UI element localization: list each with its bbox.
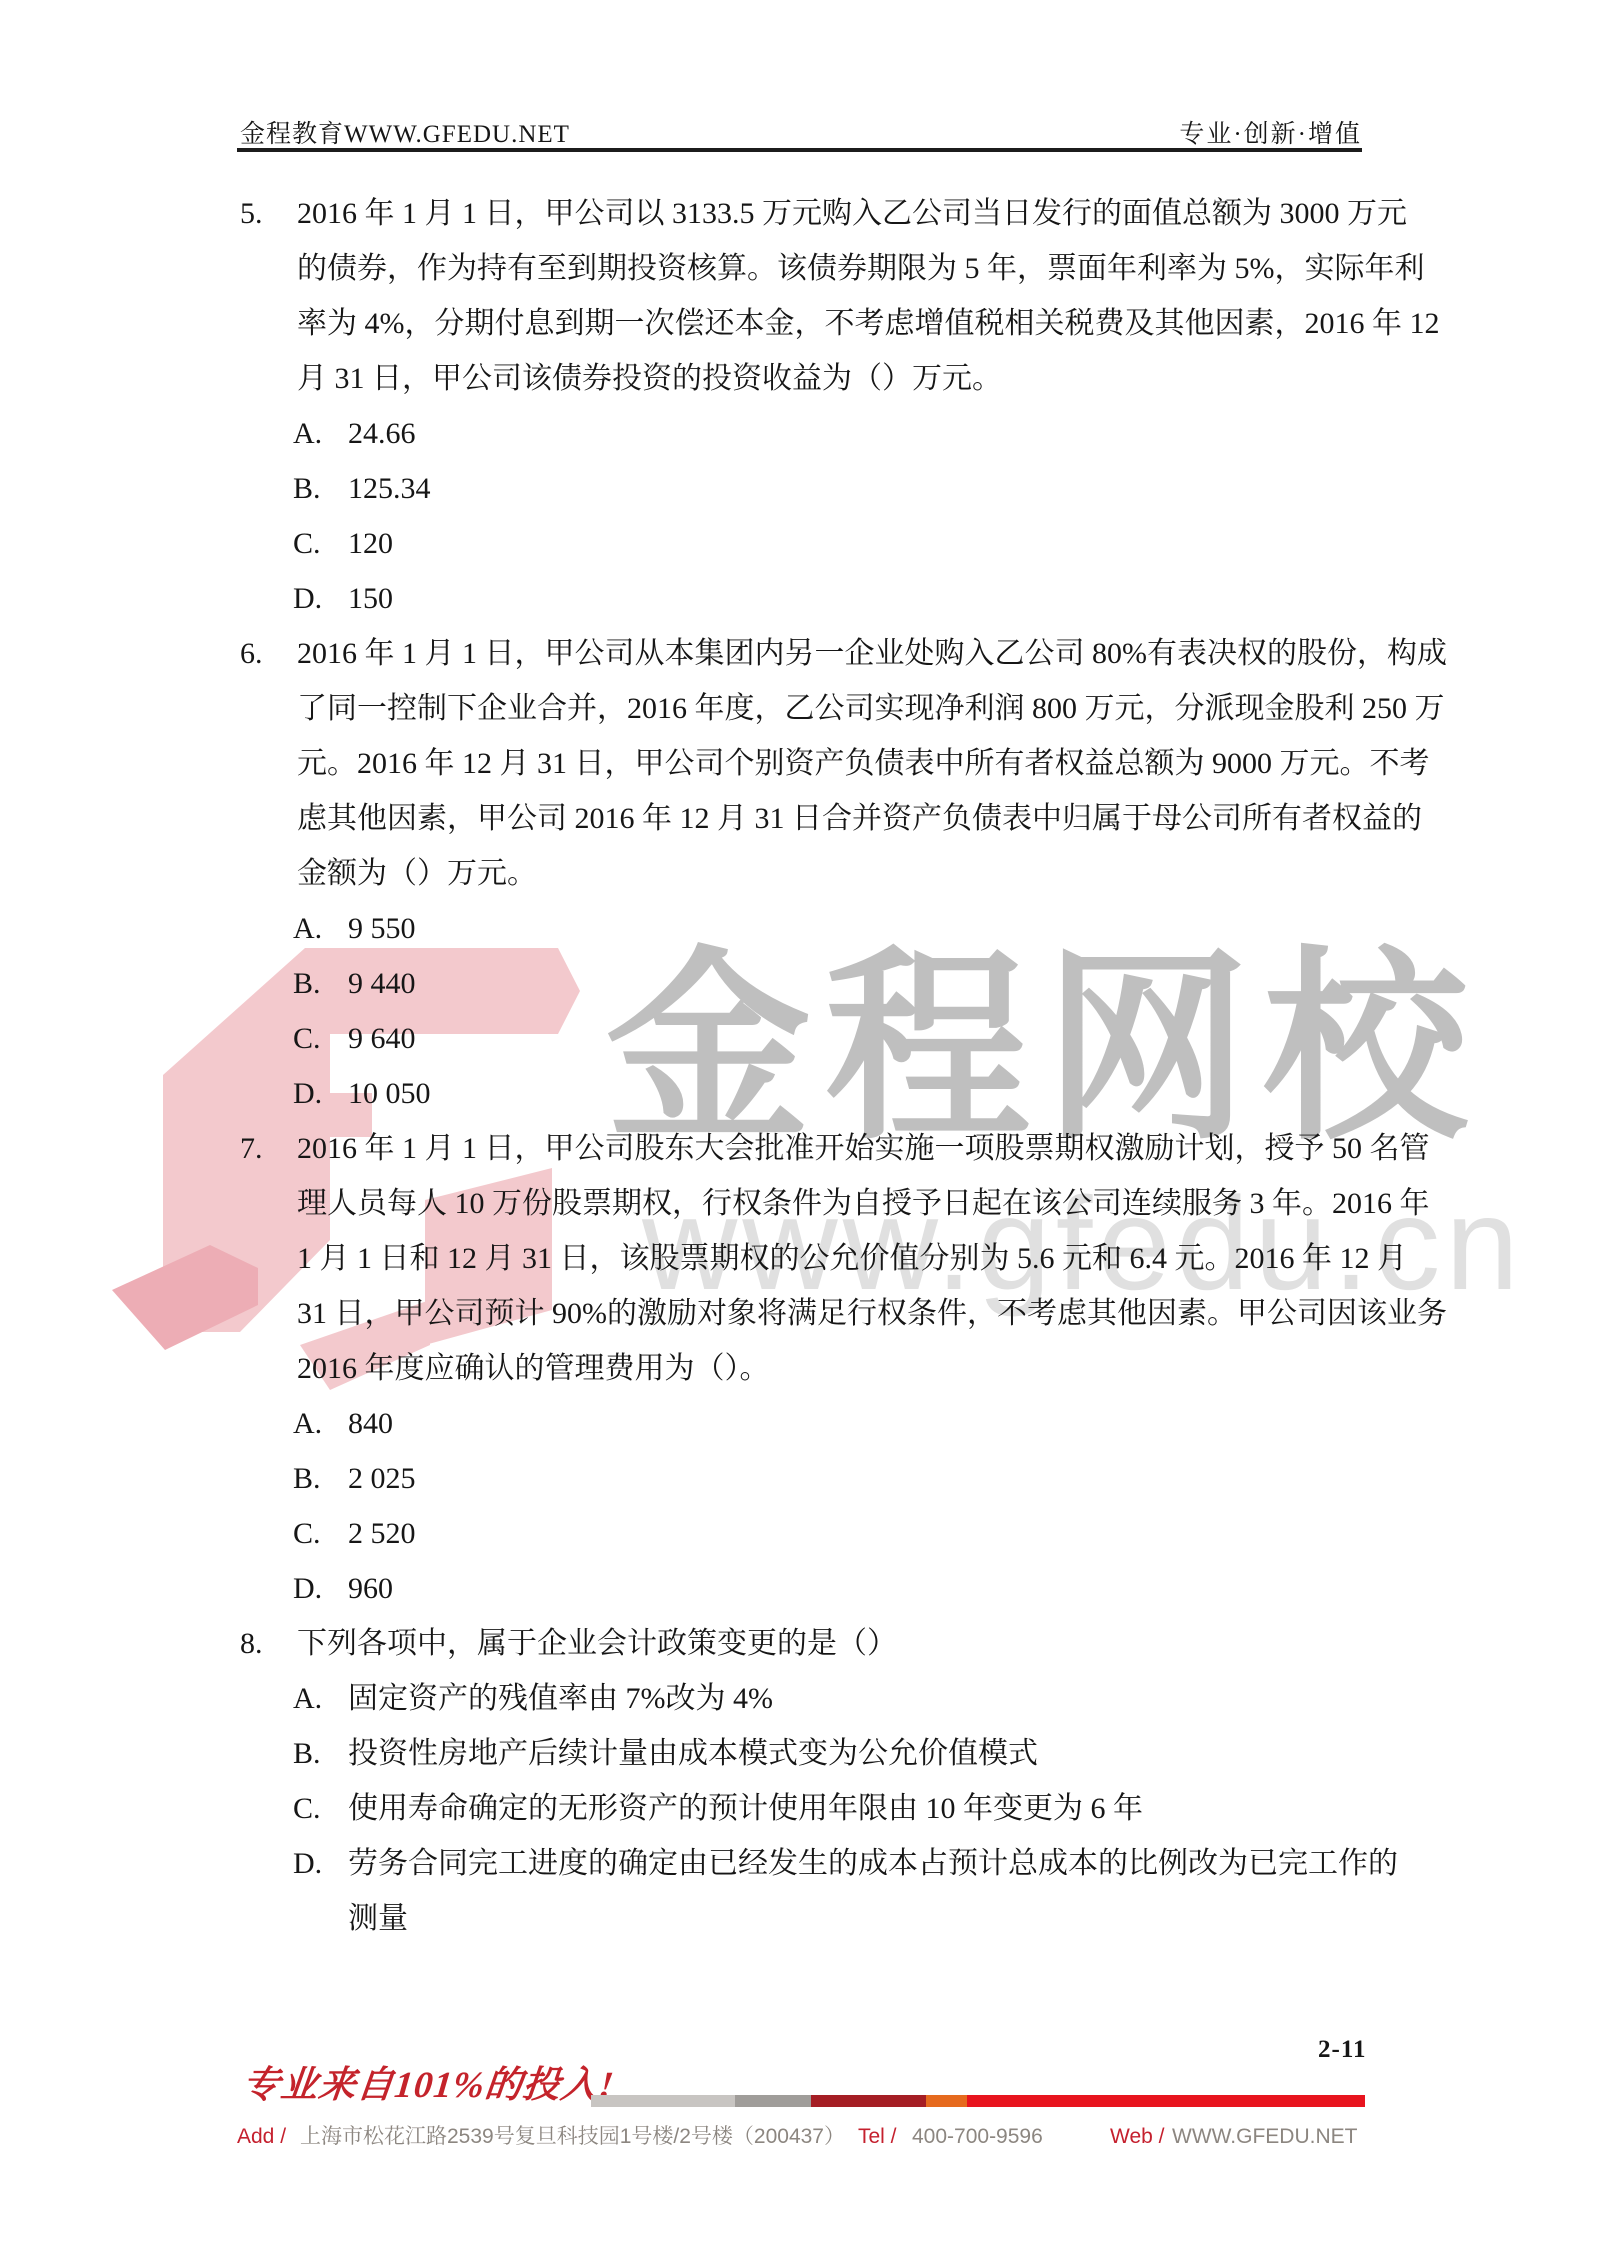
option-value: 2 025 xyxy=(348,1451,416,1506)
option-value: 150 xyxy=(348,571,393,626)
option-value: 125.34 xyxy=(348,461,431,516)
option-value: 9 640 xyxy=(348,1011,416,1066)
option-label: C. xyxy=(293,516,321,571)
option-value: 840 xyxy=(348,1396,393,1451)
option-label: B. xyxy=(293,1451,321,1506)
footer-slogan: 专业来自101%的投入! xyxy=(240,2054,617,2108)
question-line: 下列各项中，属于企业会计政策变更的是（） xyxy=(297,1616,897,1671)
footer-contact-line: Add / 上海市松花江路2539号复旦科技园1号楼/2号楼（200437） T… xyxy=(0,2122,1600,2152)
question-line: 虑其他因素，甲公司 2016 年 12 月 31 日合并资产负债表中归属于母公司… xyxy=(297,791,1422,846)
question-line: 元。2016 年 12 月 31 日，甲公司个别资产负债表中所有者权益总额为 9… xyxy=(297,736,1430,791)
question-line: 了同一控制下企业合并，2016 年度，乙公司实现净利润 800 万元，分派现金股… xyxy=(297,681,1445,736)
option-label: A. xyxy=(293,1671,322,1726)
option-label: A. xyxy=(293,901,322,956)
option-value: 10 050 xyxy=(348,1066,431,1121)
option-value: 9 550 xyxy=(348,901,416,956)
option-label: D. xyxy=(293,571,322,626)
question-line: 金额为（）万元。 xyxy=(297,846,537,901)
question-number: 5. xyxy=(240,186,263,241)
option-label: A. xyxy=(293,406,322,461)
option-value: 固定资产的残值率由 7%改为 4% xyxy=(348,1671,773,1726)
question-number: 6. xyxy=(240,626,263,681)
bar-segment xyxy=(591,2095,735,2107)
option-label: C. xyxy=(293,1506,321,1561)
option-label: D. xyxy=(293,1561,322,1616)
question-number: 7. xyxy=(240,1121,263,1176)
bar-segment xyxy=(811,2095,926,2107)
option-label: C. xyxy=(293,1011,321,1066)
question-number: 8. xyxy=(240,1616,263,1671)
question-line: 1 月 1 日和 12 月 31 日，该股票期权的公允价值分别为 5.6 元和 … xyxy=(297,1231,1407,1286)
option-value: 投资性房地产后续计量由成本模式变为公允价值模式 xyxy=(348,1726,1038,1781)
bar-segment xyxy=(735,2095,811,2107)
option-label: A. xyxy=(293,1396,322,1451)
option-value-continuation: 测量 xyxy=(348,1891,408,1946)
document-page: { "header": { "brand": "金程教育WWW.GFEDU.NE… xyxy=(0,0,1600,2263)
question-line: 的债券，作为持有至到期投资核算。该债券期限为 5 年，票面年利率为 5%，实际年… xyxy=(297,241,1425,296)
option-label: D. xyxy=(293,1066,322,1121)
web-label: Web / xyxy=(1110,2122,1164,2152)
question-line: 2016 年度应确认的管理费用为（）。 xyxy=(297,1341,770,1396)
question-line: 月 31 日，甲公司该债券投资的投资收益为（）万元。 xyxy=(297,351,1002,406)
question-line: 2016 年 1 月 1 日，甲公司股东大会批准开始实施一项股票期权激励计划，授… xyxy=(297,1121,1430,1176)
address-value: 上海市松花江路2539号复旦科技园1号楼/2号楼（200437） xyxy=(300,2122,845,2152)
tel-value: 400-700-9596 xyxy=(912,2122,1043,2152)
option-value: 使用寿命确定的无形资产的预计使用年限由 10 年变更为 6 年 xyxy=(348,1781,1143,1836)
option-value: 2 520 xyxy=(348,1506,416,1561)
tel-label: Tel / xyxy=(858,2122,897,2152)
option-label: B. xyxy=(293,1726,321,1781)
option-value: 960 xyxy=(348,1561,393,1616)
option-label: B. xyxy=(293,956,321,1011)
option-label: C. xyxy=(293,1781,321,1836)
question-line: 理人员每人 10 万份股票期权，行权条件为自授予日起在该公司连续服务 3 年。2… xyxy=(297,1176,1430,1231)
option-label: B. xyxy=(293,461,321,516)
question-line: 2016 年 1 月 1 日，甲公司以 3133.5 万元购入乙公司当日发行的面… xyxy=(297,186,1407,241)
question-line: 率为 4%，分期付息到期一次偿还本金，不考虑增值税相关税费及其他因素，2016 … xyxy=(297,296,1440,351)
option-value: 120 xyxy=(348,516,393,571)
bar-segment xyxy=(926,2095,967,2107)
bar-segment xyxy=(967,2095,1365,2107)
option-label: D. xyxy=(293,1836,322,1891)
address-label: Add / xyxy=(237,2122,286,2152)
option-value: 劳务合同完工进度的确定由已经发生的成本占预计总成本的比例改为已完工作的 xyxy=(348,1836,1398,1891)
question-line: 2016 年 1 月 1 日，甲公司从本集团内另一企业处购入乙公司 80%有表决… xyxy=(297,626,1447,681)
option-value: 9 440 xyxy=(348,956,416,1011)
question-line: 31 日，甲公司预计 90%的激励对象将满足行权条件，不考虑其他因素。甲公司因该… xyxy=(297,1286,1447,1341)
footer-gradient-bar xyxy=(591,2095,1365,2107)
option-value: 24.66 xyxy=(348,406,416,461)
web-value: WWW.GFEDU.NET xyxy=(1172,2122,1357,2152)
